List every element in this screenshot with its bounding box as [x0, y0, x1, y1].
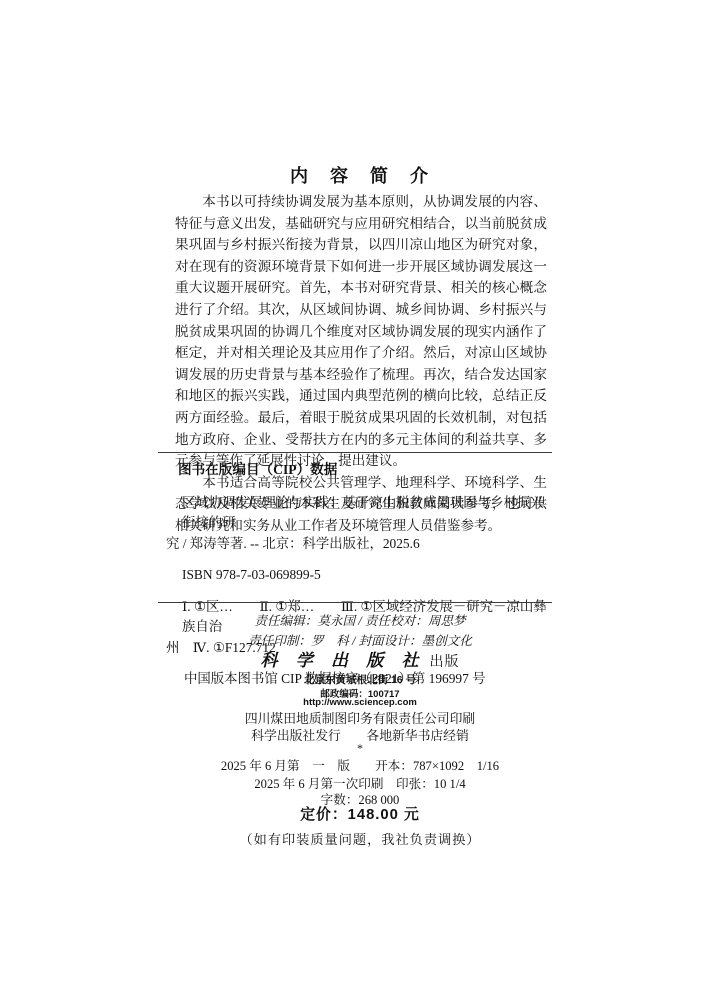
asterisk-separator: * [0, 741, 720, 756]
cip-title-line-2: 究 / 郑涛等著. -- 北京：科学出版社，2025.6 [158, 534, 552, 555]
publish-suffix-label: 出版 [430, 655, 460, 670]
isbn-number: ISBN 978-7-03-069899-5 [158, 565, 552, 586]
content-summary-heading: 内 容 简 介 [0, 162, 720, 188]
copyright-page: 内 容 简 介 本书以可持续协调发展为基本原则，从协调发展的内容、特征与意义出发… [0, 0, 720, 1000]
cip-header: 图书在版编目（CIP）数据 [158, 460, 552, 481]
divider-rule [158, 602, 552, 603]
publisher-website: http://www.sciencep.com [0, 697, 720, 708]
edition-format-line: 2025 年 6 月第 一 版 开本：787×1092 1/16 [0, 755, 720, 774]
credits-editors-line: 责任编辑：莫永国 / 责任校对：周思梦 [0, 612, 720, 632]
publisher-address: 北京东黄城根北街 16 号 [0, 672, 720, 687]
publisher-line: 科 学 出 版 社 出版 [0, 646, 720, 671]
summary-paragraph-1: 本书以可持续协调发展为基本原则，从协调发展的内容、特征与意义出发，基础研究与应用… [175, 191, 547, 472]
science-press-logo: 科 学 出 版 社 [261, 651, 426, 670]
cip-title-entry: 区域协调发展理论与实践：基于凉山脱贫成果巩固与乡村振兴衔接的研 究 / 郑涛等著… [158, 493, 552, 555]
price-line: 定价：148.00 元 [0, 803, 720, 824]
cip-title-line-1: 区域协调发展理论与实践：基于凉山脱贫成果巩固与乡村振兴衔接的研 [158, 493, 552, 534]
quality-exchange-note: （如有印装质量问题，我社负责调换） [0, 829, 720, 848]
